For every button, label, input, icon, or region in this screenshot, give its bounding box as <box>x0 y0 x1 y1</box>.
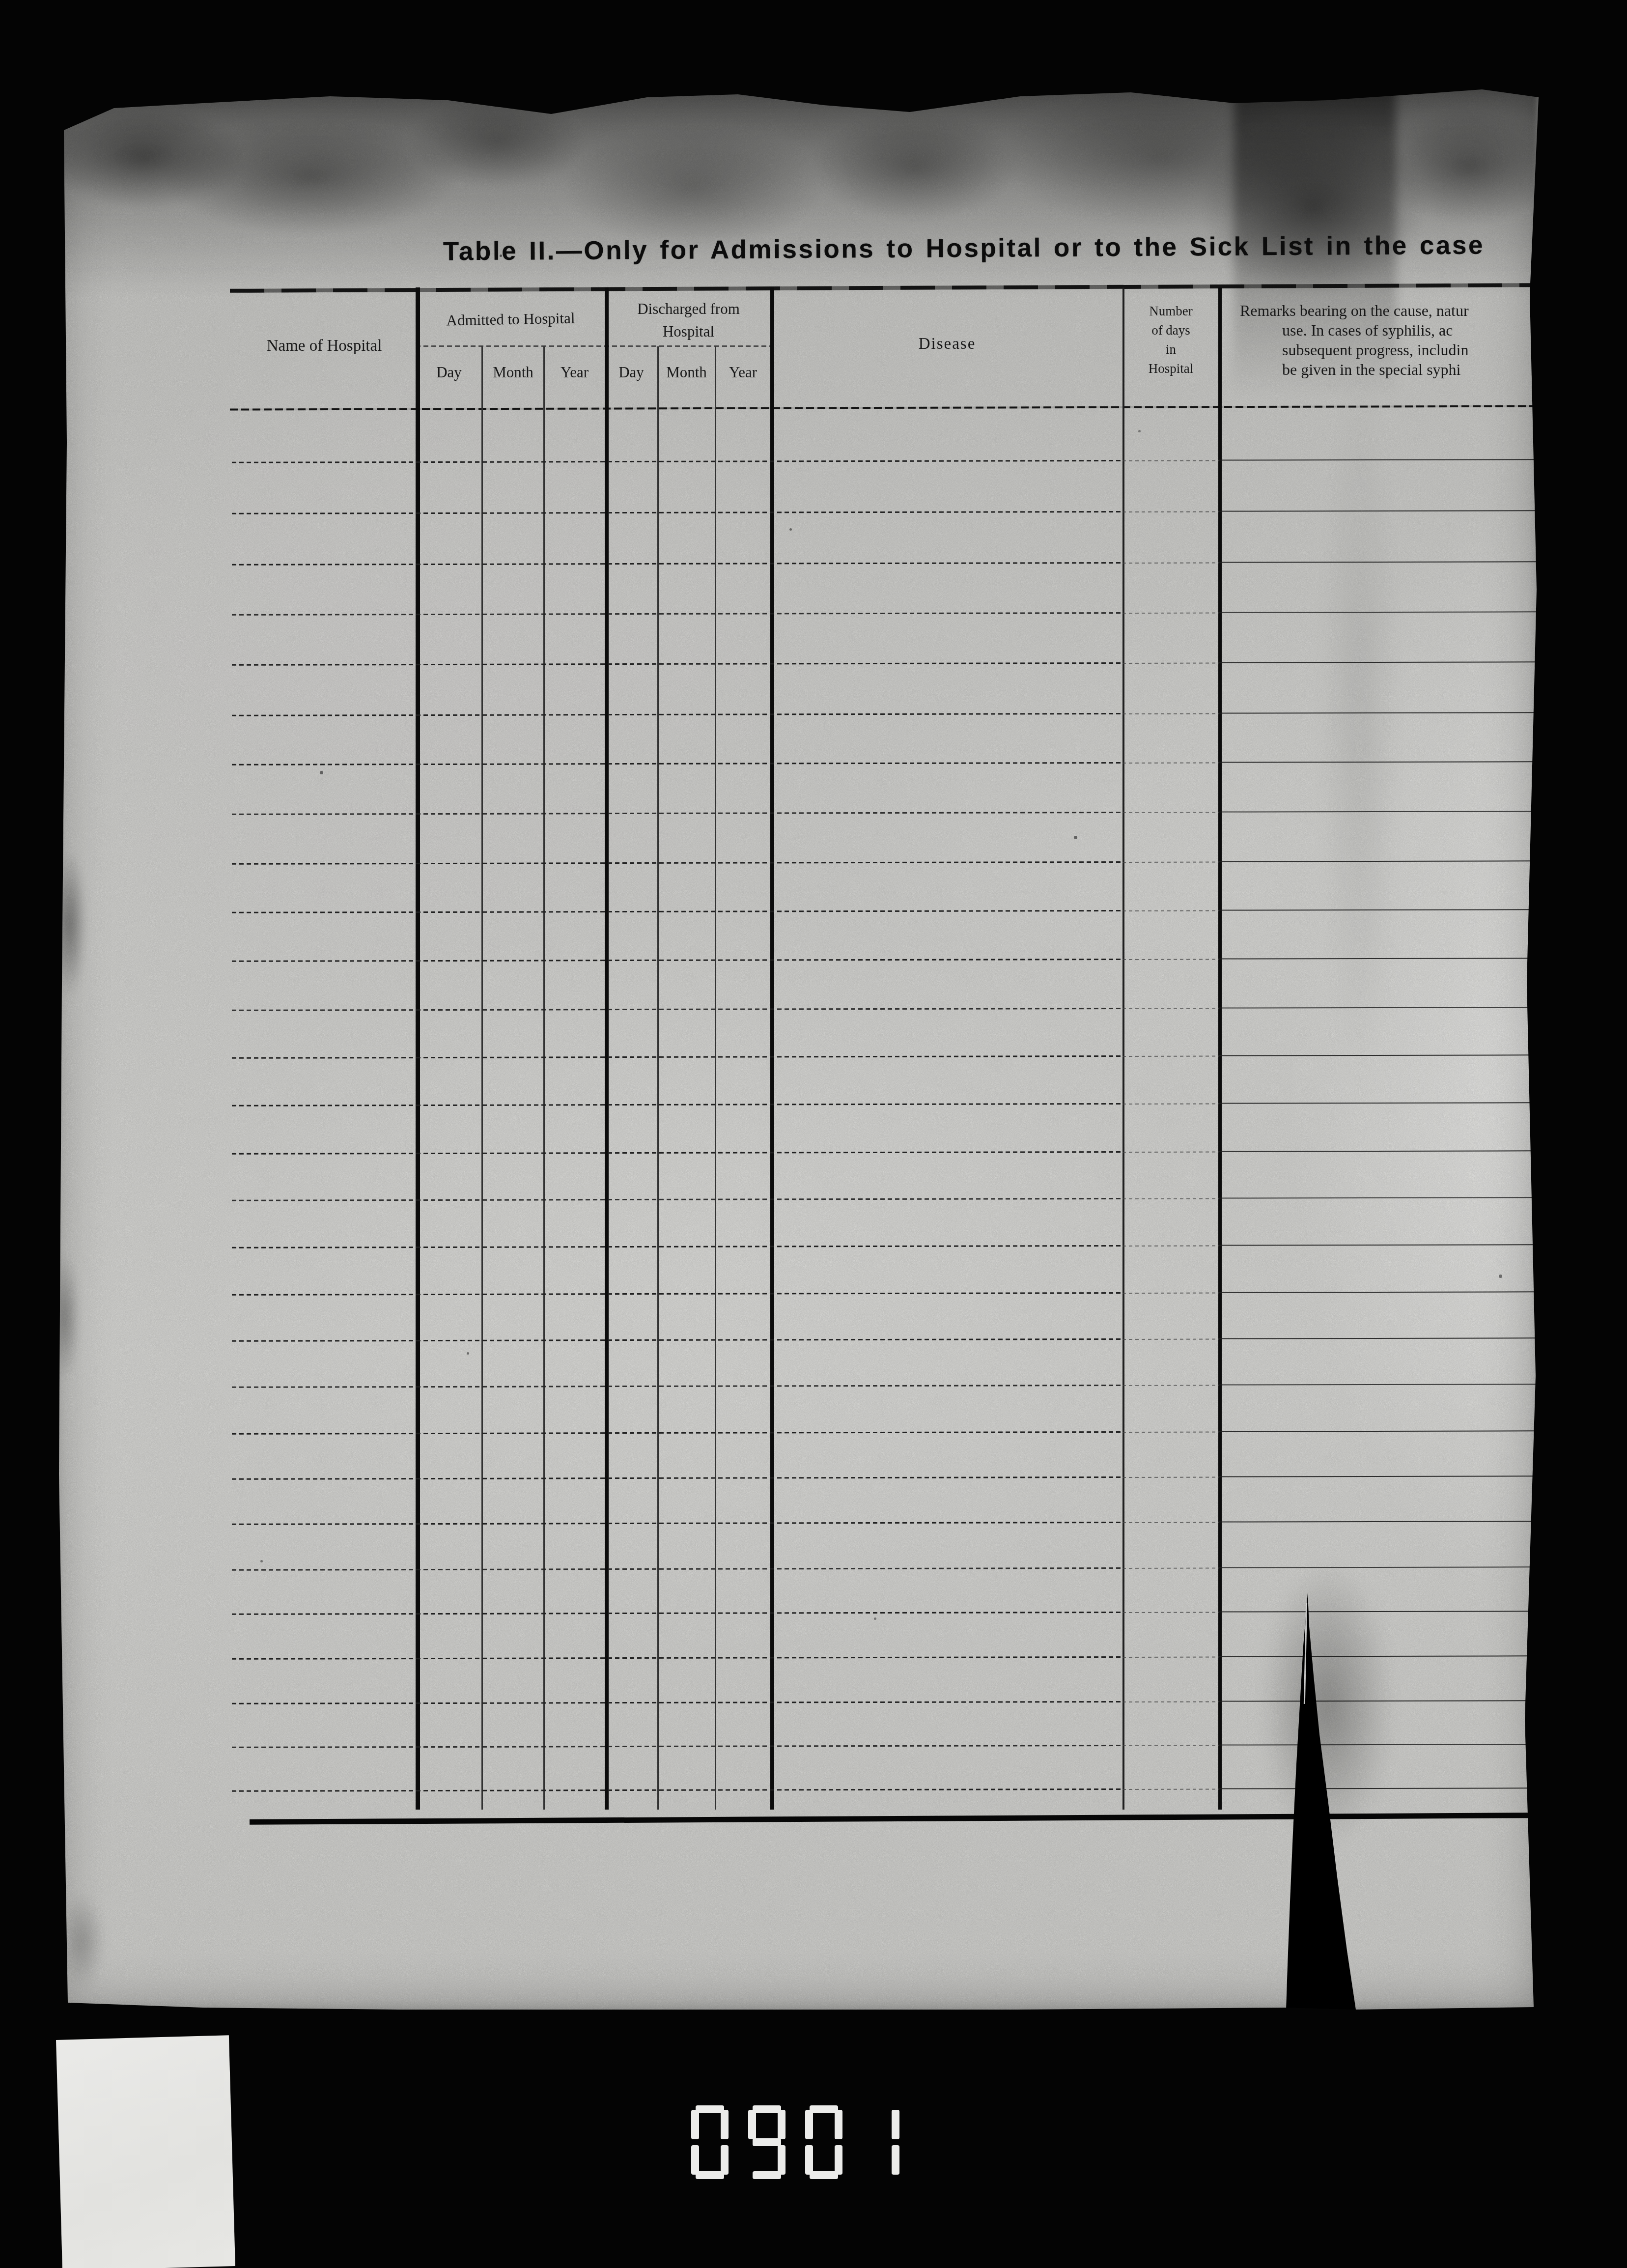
digit-segment <box>721 2145 729 2175</box>
calibration-card <box>56 2035 235 2268</box>
scanned-page: Table II.—Only for Admissions to Hospita… <box>55 84 1539 2010</box>
digit-segment <box>721 2110 729 2139</box>
digit-segment <box>778 2110 785 2139</box>
scan-root: { "page": { "title": "Table II.—Only for… <box>0 0 1627 2268</box>
digit-segment <box>835 2145 842 2175</box>
digit-segment <box>892 2145 899 2175</box>
frame-counter <box>691 2105 899 2179</box>
counter-digit <box>862 2105 899 2179</box>
digit-segment <box>778 2145 785 2175</box>
counter-digit <box>691 2105 729 2179</box>
digit-segment <box>805 2145 813 2175</box>
digit-segment <box>748 2110 756 2139</box>
dust-specks <box>55 84 57 86</box>
digit-segment <box>696 2105 724 2113</box>
digit-segment <box>892 2110 899 2139</box>
counter-digit <box>805 2105 842 2179</box>
digit-segment <box>835 2110 842 2139</box>
counter-digit <box>748 2105 785 2179</box>
digit-segment <box>691 2145 699 2175</box>
digit-segment <box>753 2138 781 2146</box>
digit-segment <box>805 2110 813 2139</box>
digit-segment <box>696 2171 724 2179</box>
page-edge-shade <box>55 84 1539 2010</box>
digit-segment <box>691 2110 699 2139</box>
digit-segment <box>753 2171 781 2179</box>
digit-segment <box>753 2105 781 2113</box>
digit-segment <box>810 2105 838 2113</box>
digit-segment <box>810 2171 838 2179</box>
